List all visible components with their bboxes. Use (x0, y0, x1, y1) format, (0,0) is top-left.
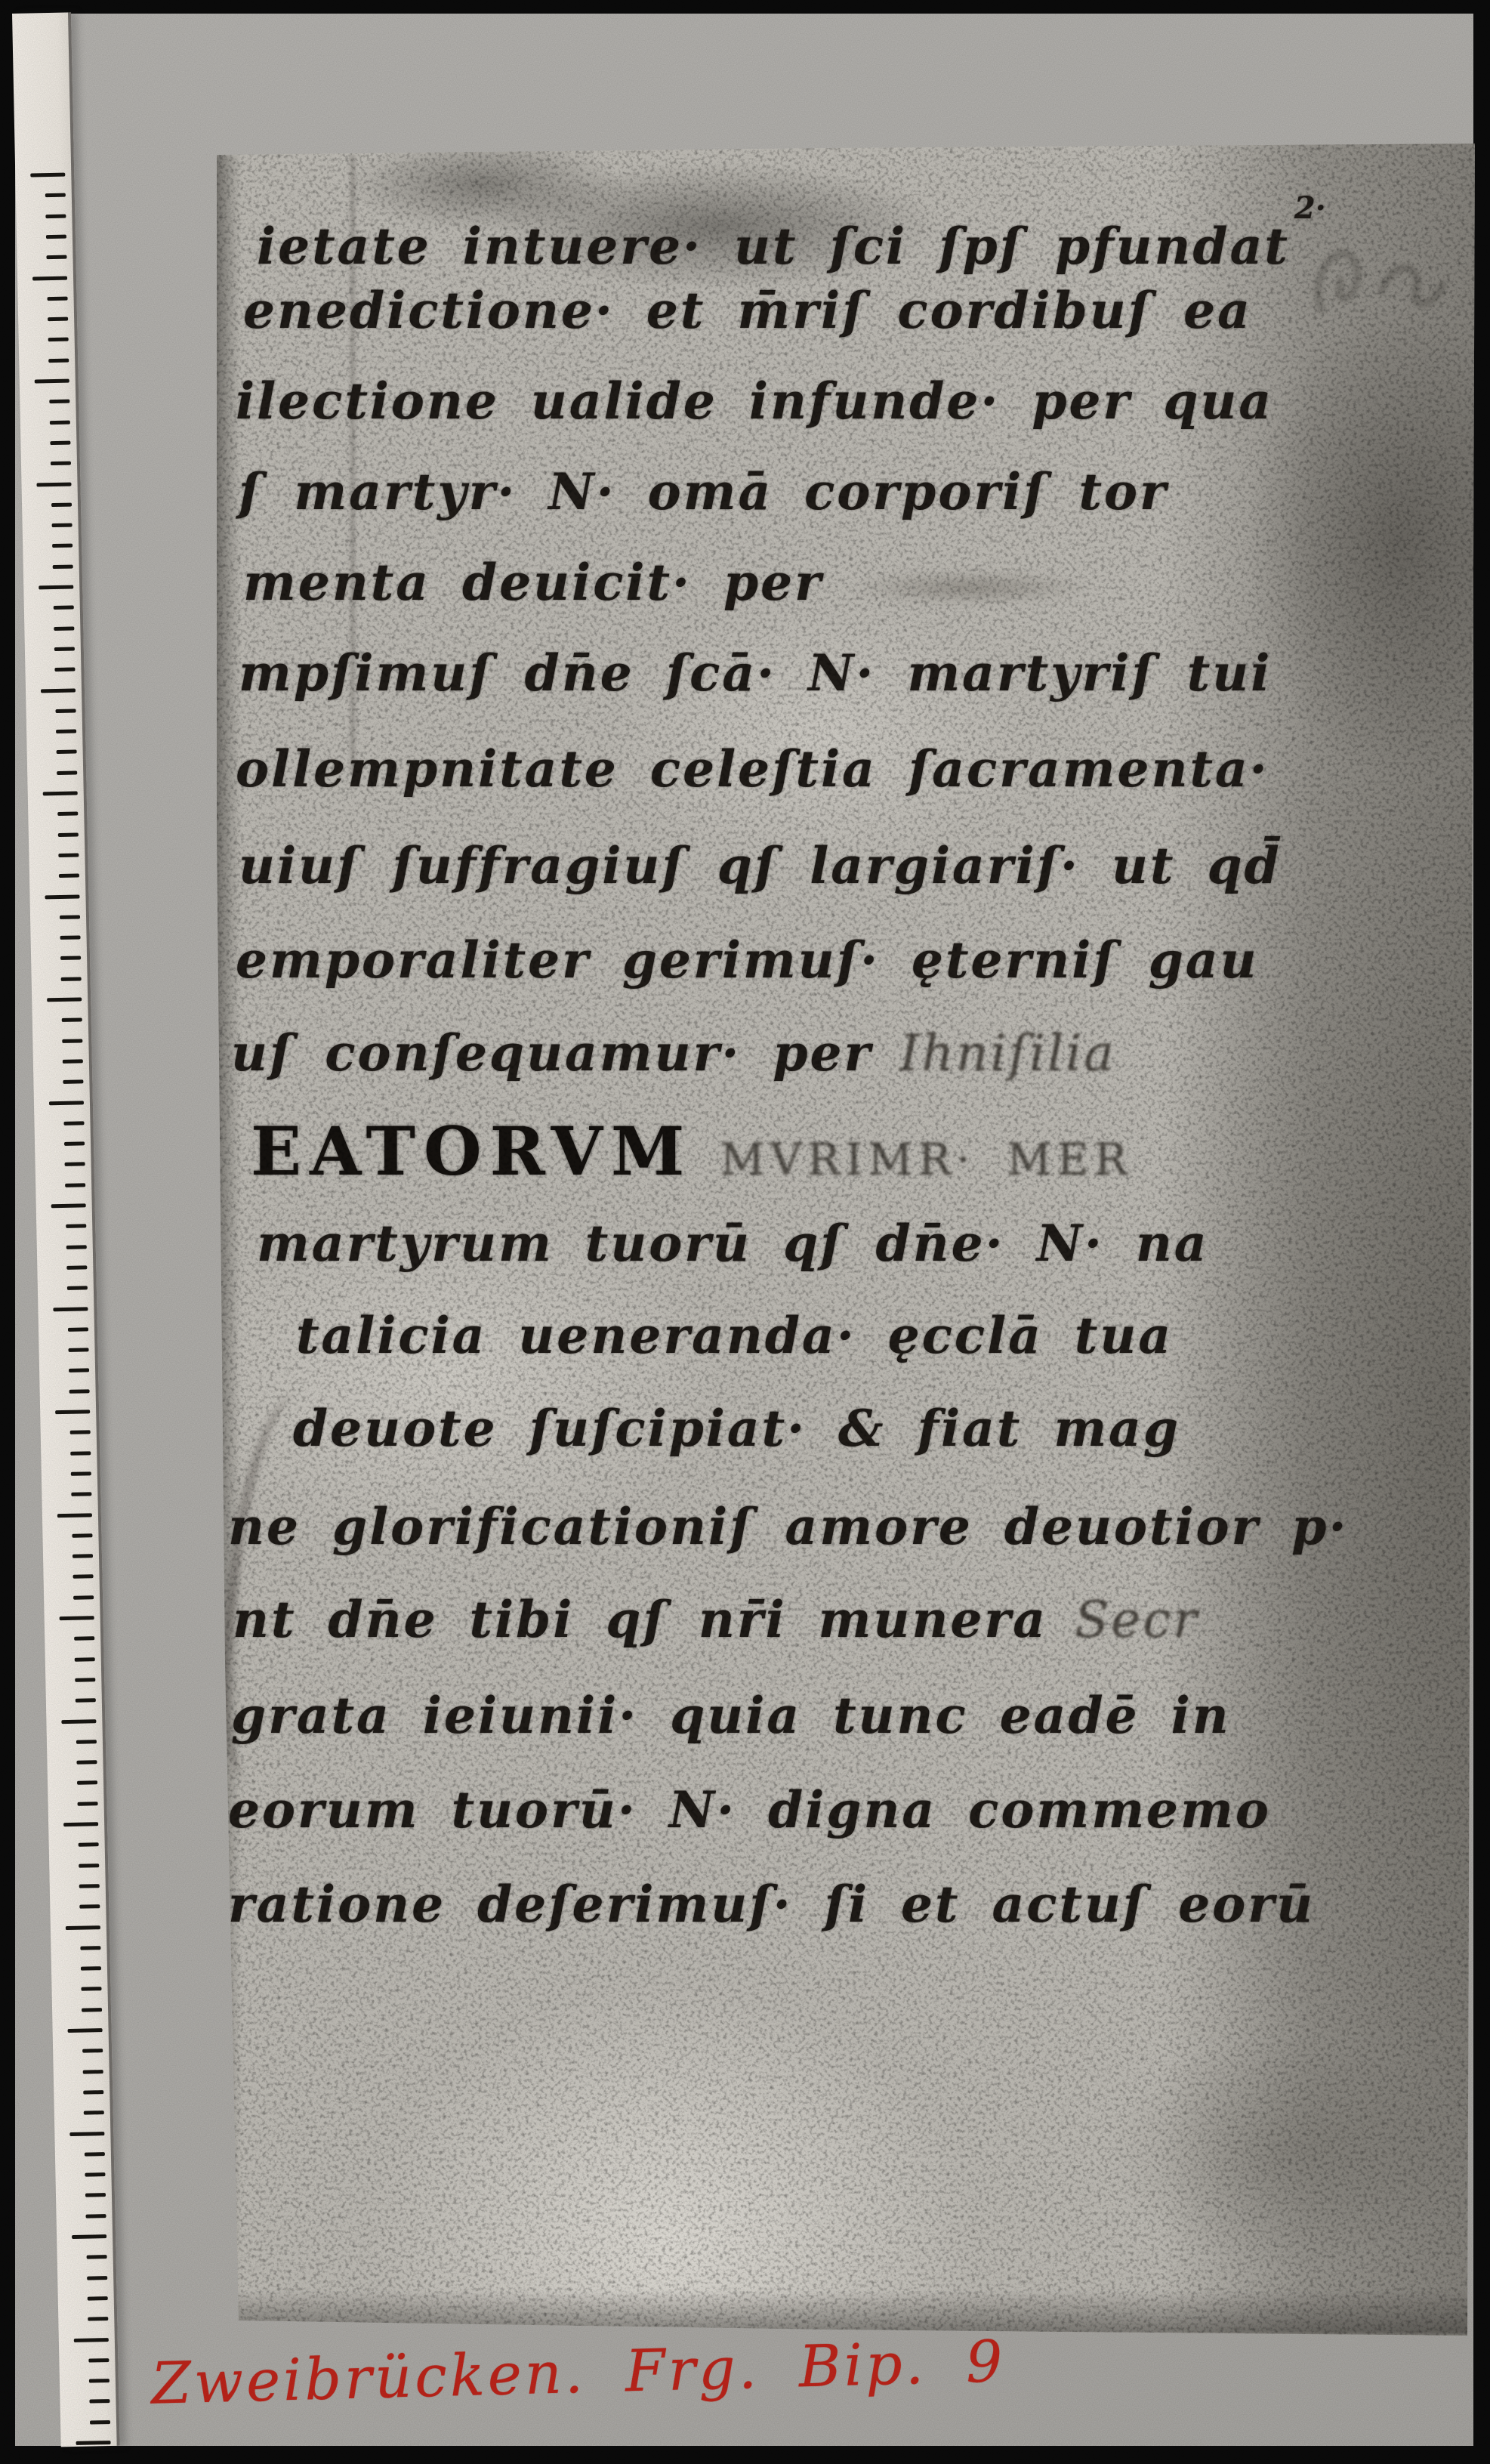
ruler-major-tick (39, 585, 73, 590)
manuscript-line: grata ieiunii· quia tunc eadē in (231, 1686, 1231, 1745)
ruler-minor-tick (48, 317, 68, 322)
manuscript-line: EATORVMMVRIMR· MER (251, 1112, 1133, 1190)
ruler-minor-tick (75, 1678, 95, 1682)
faded-rubric-text: MVRIMR· MER (720, 1134, 1132, 1185)
ruler-minor-tick (45, 193, 66, 198)
ruler-minor-tick (68, 1327, 88, 1332)
manuscript-line-text: eorum tuorū· N· digna commemo (228, 1780, 1271, 1839)
ruler-minor-tick (57, 750, 77, 755)
ruler-minor-tick (73, 1595, 94, 1600)
ruler-minor-tick (51, 502, 72, 507)
ruler-minor-tick (67, 1286, 88, 1291)
manuscript-line-text: uſ conſequamur· per (231, 1024, 872, 1082)
faded-rubric-text: Secr (1075, 1591, 1199, 1649)
manuscript-line: menta deuicit· per (243, 553, 1095, 612)
ruler-minor-tick (54, 647, 75, 651)
ruler-minor-tick (58, 853, 79, 857)
ruler-minor-tick (65, 1183, 85, 1187)
manuscript-line: enedictione· et m̄riſ cordibuſ ea (243, 281, 1252, 340)
manuscript-line: uſ conſequamur· perIhniſilia (231, 1024, 1116, 1082)
manuscript-line-text: mpſimuſ dn̄e ſcā· N· martyriſ tui (239, 644, 1272, 702)
ruler-major-tick (43, 791, 78, 795)
faded-rubric-text: Ihniſilia (899, 1024, 1115, 1082)
ruler-major-tick (41, 688, 76, 693)
ruler-major-tick (69, 2132, 104, 2136)
ruler-minor-tick (48, 338, 69, 342)
ruler-major-tick (49, 1101, 84, 1105)
ruler-minor-tick (72, 1533, 92, 1538)
ruler-minor-tick (89, 2379, 110, 2383)
ruler-minor-tick (48, 358, 69, 363)
ruler-minor-tick (53, 564, 73, 569)
ruler-major-tick (72, 2234, 106, 2239)
ruler-minor-tick (54, 606, 74, 610)
ruler-minor-tick (46, 235, 66, 239)
ruler-minor-tick (71, 1492, 91, 1496)
manuscript-line: emporaliter gerimuſ· ęterniſ gau (236, 931, 1259, 990)
ruler-minor-tick (49, 400, 69, 404)
ruler-minor-tick (62, 1039, 82, 1043)
ruler-minor-tick (60, 956, 81, 961)
ruler-minor-tick (45, 214, 66, 218)
ruler-minor-tick (60, 936, 81, 940)
ruler-major-tick (66, 1925, 100, 1930)
ruler-major-tick (57, 1513, 92, 1518)
ruler-minor-tick (70, 1431, 91, 1435)
ruler-minor-tick (72, 1554, 93, 1558)
ruler-minor-tick (75, 1657, 95, 1662)
ruler-major-tick (35, 379, 69, 384)
ruler-minor-tick (58, 832, 79, 837)
ruler-minor-tick (82, 2008, 102, 2012)
ruler-minor-tick (82, 2049, 103, 2053)
ruler-minor-tick (76, 1740, 97, 1744)
manuscript-line-text: ietate intuere· ut ſci ſpſ pfundat (257, 217, 1290, 276)
ruler-minor-tick (85, 2172, 105, 2177)
ruler-major-tick (63, 1822, 98, 1826)
manuscript-line-text: ratione deſerimuſ· ſi et actuſ eorū (228, 1875, 1315, 1934)
ruler-minor-tick (52, 523, 72, 528)
ruler-minor-tick (61, 977, 82, 981)
manuscript-line-text: ſ martyr· N· omā corporiſ tor (239, 462, 1168, 521)
ruler-minor-tick (69, 1389, 90, 1394)
manuscript-line-text: ne glorificationiſ amore deuotior p· (228, 1497, 1348, 1556)
ruler-minor-tick (83, 2070, 103, 2074)
ruler-major-tick (45, 894, 79, 899)
ruler-minor-tick (79, 1904, 100, 1909)
ruler-minor-tick (65, 1163, 85, 1167)
ruler-minor-tick (57, 812, 78, 817)
photograph-frame: ietate intuere· ut ſci ſpſ pfundat2·ened… (0, 0, 1490, 2464)
manuscript-line-text: uiuſ ſuffragiuſ qſ largiariſ· ut qd̄ (239, 836, 1282, 895)
ruler-major-tick (55, 1410, 90, 1414)
ruler-minor-tick (63, 1080, 83, 1085)
erased-ink-smudge (846, 570, 1095, 606)
ruler-minor-tick (85, 2152, 105, 2157)
manuscript-line: uiuſ ſuffragiuſ qſ largiariſ· ut qd̄ (239, 836, 1282, 895)
ruler-minor-tick (84, 2110, 104, 2115)
ruler-minor-tick (66, 1224, 86, 1229)
manuscript-line: nt dn̄e tibi qſ nr̄i muneraSecr (233, 1590, 1199, 1649)
ruler-major-tick (76, 2441, 111, 2445)
manuscript-line: ſ martyr· N· omā corporiſ tor (239, 462, 1168, 521)
ruler-minor-tick (54, 668, 75, 672)
ruler-minor-tick (74, 1637, 94, 1641)
ruler-minor-tick (87, 2255, 107, 2259)
ruler-minor-tick (63, 1121, 84, 1125)
ruler-minor-tick (85, 2214, 106, 2219)
manuscript-line-text: ilectione ualide infunde· per qua (236, 372, 1273, 431)
ruler-minor-tick (77, 1781, 97, 1786)
ruler-minor-tick (79, 1842, 99, 1847)
manuscript-line: martyrum tuorū qſ dn̄e· N· na (257, 1214, 1209, 1273)
ruler-minor-tick (88, 2317, 108, 2321)
manuscript-line: deuote ſuſcipiat· & fiat mag (293, 1399, 1180, 1458)
manuscript-line-text: martyrum tuorū qſ dn̄e· N· na (257, 1214, 1209, 1273)
manuscript-line-text: enedictione· et m̄riſ cordibuſ ea (243, 281, 1252, 340)
superscript-numeral: 2· (1294, 190, 1326, 226)
ruler-major-tick (60, 1616, 94, 1620)
manuscript-line: ollempnitate celeſtia ſacramenta· (236, 740, 1269, 798)
ruler-major-tick (36, 482, 71, 486)
ruler-minor-tick (79, 1884, 100, 1888)
ruler-minor-tick (85, 2193, 106, 2197)
manuscript-line-text: emporaliter gerimuſ· ęterniſ gau (236, 931, 1259, 990)
ruler-minor-tick (64, 1141, 85, 1146)
ruler-major-tick (30, 173, 65, 178)
ruler-minor-tick (66, 1245, 87, 1249)
ruler-minor-tick (48, 296, 68, 301)
ruler-minor-tick (71, 1471, 91, 1476)
ruler-minor-tick (60, 915, 80, 919)
manuscript-line: eorum tuorū· N· digna commemo (228, 1780, 1271, 1839)
manuscript-line: talicia ueneranda· ęcclā tua (296, 1306, 1173, 1365)
ruler-minor-tick (88, 2296, 108, 2301)
manuscript-line-text: ollempnitate celeſtia ſacramenta· (236, 740, 1269, 798)
manuscript-line: ratione deſerimuſ· ſi et actuſ eorū (228, 1875, 1315, 1934)
manuscript-line-text: menta deuicit· per (243, 553, 823, 612)
manuscript-line-text: nt dn̄e tibi qſ nr̄i munera (233, 1590, 1047, 1649)
ruler-minor-tick (87, 2276, 107, 2280)
ruler-minor-tick (54, 626, 74, 631)
ruler-major-tick (51, 1203, 86, 1208)
ruler-minor-tick (89, 2399, 110, 2404)
manuscript-line: ne glorificationiſ amore deuotior p· (228, 1497, 1348, 1556)
manuscript-line-text: deuote ſuſcipiat· & fiat mag (293, 1399, 1180, 1458)
ruler-minor-tick (56, 730, 76, 734)
ruler-minor-tick (62, 1018, 82, 1023)
manuscript-line: mpſimuſ dn̄e ſcā· N· martyriſ tui (239, 644, 1272, 702)
ruler-minor-tick (51, 462, 71, 466)
manuscript-line: ietate intuere· ut ſci ſpſ pfundat2· (257, 190, 1326, 276)
ruler-minor-tick (50, 440, 70, 445)
ruler-minor-tick (81, 1966, 101, 1971)
ruler-minor-tick (55, 709, 76, 713)
manuscript-line-text: EATORVM (251, 1112, 693, 1190)
ruler-minor-tick (52, 544, 72, 548)
ruler-minor-tick (76, 1760, 97, 1765)
ruler-minor-tick (73, 1575, 94, 1579)
ruler-minor-tick (90, 2420, 110, 2425)
ruler-major-tick (68, 2028, 103, 2033)
ruler-minor-tick (69, 1369, 89, 1373)
ruler-minor-tick (76, 1698, 96, 1703)
ruler-minor-tick (57, 770, 77, 775)
ruler-major-tick (32, 276, 67, 280)
ruler-minor-tick (81, 1987, 101, 1992)
ruler-minor-tick (83, 2090, 103, 2095)
ruler-minor-tick (79, 1863, 99, 1868)
manuscript-line-text: talicia ueneranda· ęcclā tua (296, 1306, 1173, 1365)
ruler-major-tick (61, 1719, 96, 1724)
ruler-major-tick (47, 997, 82, 1002)
manuscript-line-text: grata ieiunii· quia tunc eadē in (231, 1686, 1231, 1745)
ruler-major-tick (53, 1307, 88, 1311)
ruler-minor-tick (88, 2358, 109, 2363)
ruler-minor-tick (50, 420, 70, 425)
ruler-minor-tick (63, 1059, 83, 1064)
ruler-minor-tick (46, 255, 66, 260)
ruler-minor-tick (66, 1265, 87, 1270)
ruler-minor-tick (80, 1946, 100, 1950)
ruler-minor-tick (68, 1348, 88, 1352)
manuscript-line: ilectione ualide infunde· per qua (236, 372, 1273, 431)
ruler-minor-tick (59, 874, 79, 878)
ruler-minor-tick (78, 1802, 98, 1806)
ruler-minor-tick (70, 1451, 91, 1456)
ruler-major-tick (74, 2338, 109, 2342)
